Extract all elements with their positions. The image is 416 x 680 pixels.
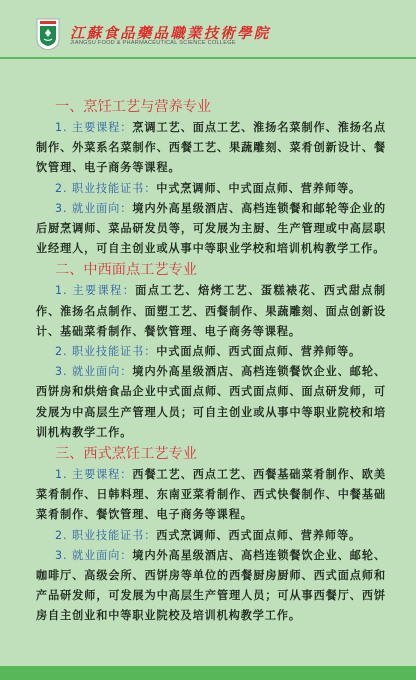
item-label: 3. 就业面向： bbox=[55, 549, 132, 562]
footer-bar bbox=[0, 666, 416, 680]
item-text: 中式烹调师、中式面点师、营养师等。 bbox=[156, 182, 361, 195]
program-content: 一、烹饪工艺与营养专业 1. 主要课程：烹调工艺、面点工艺、淮扬名菜制作、淮扬名… bbox=[36, 96, 386, 627]
item-label: 3. 就业面向： bbox=[55, 202, 132, 215]
college-name-en: JIANGSU FOOD & PHARMACEUTICAL SCIENCE CO… bbox=[70, 40, 236, 46]
item-text: 中式面点师、西式面点师、营养师等。 bbox=[156, 345, 361, 358]
header-divider bbox=[0, 57, 416, 59]
section-title: 二、中西面点工艺专业 bbox=[36, 259, 386, 281]
item-label: 1. 主要课程： bbox=[55, 121, 132, 134]
item-label: 2. 职业技能证书： bbox=[55, 182, 156, 195]
section-item-employment: 3. 就业面向：境内外高星级酒店、高档连锁餐和邮轮等企业的后厨烹调师、菜品研发员… bbox=[36, 199, 386, 260]
section-western-cooking: 三、西式烹饪工艺专业 1. 主要课程：西餐工艺、西点工艺、西餐基础菜肴制作、欧美… bbox=[36, 443, 386, 627]
item-label: 3. 就业面向： bbox=[55, 365, 132, 378]
section-item-employment: 3. 就业面向：境内外高星级酒店、高档连锁餐饮企业、邮轮、西饼房和烘焙食品企业中… bbox=[36, 362, 386, 443]
page-header: 江蘇食品藥品職業技術學院 JIANGSU FOOD & PHARMACEUTIC… bbox=[0, 0, 416, 57]
item-text: 西式烹调师、西式面点师、营养师等。 bbox=[156, 529, 361, 542]
item-label: 2. 职业技能证书： bbox=[55, 529, 156, 542]
section-cooking-nutrition: 一、烹饪工艺与营养专业 1. 主要课程：烹调工艺、面点工艺、淮扬名菜制作、淮扬名… bbox=[36, 96, 386, 259]
section-item-certificates: 2. 职业技能证书：中式烹调师、中式面点师、营养师等。 bbox=[36, 179, 386, 199]
section-item-certificates: 2. 职业技能证书：西式烹调师、西式面点师、营养师等。 bbox=[36, 526, 386, 546]
item-label: 2. 职业技能证书： bbox=[55, 345, 156, 358]
section-title: 一、烹饪工艺与营养专业 bbox=[36, 96, 386, 118]
section-item-courses: 1. 主要课程：面点工艺、焙烤工艺、蛋糕裱花、西式甜点制作、淮扬名点制作、面塑工… bbox=[36, 281, 386, 342]
section-title: 三、西式烹饪工艺专业 bbox=[36, 443, 386, 465]
item-label: 1. 主要课程： bbox=[55, 468, 132, 481]
section-item-courses: 1. 主要课程：烹调工艺、面点工艺、淮扬名菜制作、淮扬名点制作、外菜系名菜制作、… bbox=[36, 118, 386, 179]
item-label: 1. 主要课程： bbox=[55, 284, 135, 297]
college-shield-logo-icon bbox=[36, 17, 60, 51]
section-pastry: 二、中西面点工艺专业 1. 主要课程：面点工艺、焙烤工艺、蛋糕裱花、西式甜点制作… bbox=[36, 259, 386, 443]
section-item-courses: 1. 主要课程：西餐工艺、西点工艺、西餐基础菜肴制作、欧美菜肴制作、日韩料理、东… bbox=[36, 465, 386, 526]
section-item-certificates: 2. 职业技能证书：中式面点师、西式面点师、营养师等。 bbox=[36, 342, 386, 362]
section-item-employment: 3. 就业面向：境内外高星级酒店、高档连锁餐饮企业、邮轮、咖啡厅、高级会所、西饼… bbox=[36, 546, 386, 627]
